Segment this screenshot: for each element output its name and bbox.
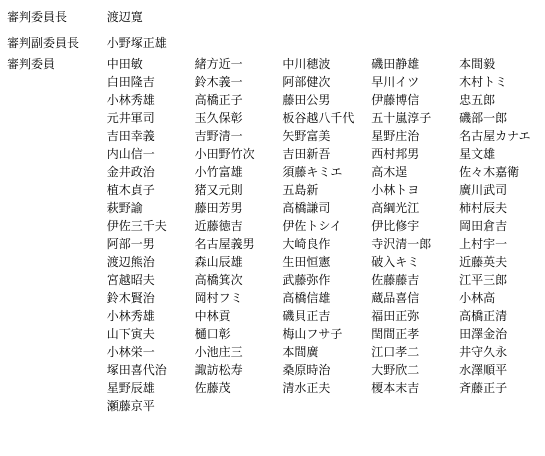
member-name: 塚田喜代治	[104, 361, 192, 379]
member-name: 山下寅夫	[104, 325, 192, 343]
member-name: 中川穂波	[279, 55, 368, 73]
member-name: 板谷越八千代	[279, 109, 368, 127]
member-name: 五島新	[279, 181, 368, 199]
member-name: 高橋謙司	[279, 199, 368, 217]
member-name: 阿部一男	[104, 235, 192, 253]
member-name: 小林高	[456, 289, 545, 307]
member-name: 玉久保彰	[192, 109, 280, 127]
member-name: 瀬藤京平	[104, 397, 192, 415]
vice-chair-label: 審判副委員長	[4, 30, 104, 55]
member-name: 磯貝正吉	[279, 307, 368, 325]
member-name: 小竹富雄	[192, 163, 280, 181]
member-name: 梅山フサ子	[279, 325, 368, 343]
member-name: 植木貞子	[104, 181, 192, 199]
member-name: 名古屋義男	[192, 235, 280, 253]
member-name: 高橋箕次	[192, 271, 280, 289]
member-name: 斉藤正子	[456, 379, 545, 397]
member-name: 早川イツ	[368, 73, 456, 91]
member-name: 清水正夫	[279, 379, 368, 397]
member-name: 元井軍司	[104, 109, 192, 127]
judges-roster-table: 審判委員長 渡辺寛 審判副委員長 小野塚正雄 審判委員中田敏緒方近一中川穂波磯田…	[4, 3, 545, 415]
member-name: 田澤金治	[456, 325, 545, 343]
member-name: 近藤徳吉	[192, 217, 280, 235]
member-row: 小林秀雄高橋正子藤田公男伊藤博信忠五郎	[4, 91, 545, 109]
member-name: 伊比修宇	[368, 217, 456, 235]
member-row: 星野辰雄佐藤茂清水正夫榎本末吉斉藤正子	[4, 379, 545, 397]
member-name: 大崎良作	[279, 235, 368, 253]
member-name: 上村宇一	[456, 235, 545, 253]
member-name: 高木逞	[368, 163, 456, 181]
member-name: 吉田幸義	[104, 127, 192, 145]
member-name: 木村トミ	[456, 73, 545, 91]
member-name: 佐藤茂	[192, 379, 280, 397]
member-name: 諏訪松寿	[192, 361, 280, 379]
member-name: 岡村フミ	[192, 289, 280, 307]
member-name: 星文雄	[456, 145, 545, 163]
member-row: 元井軍司玉久保彰板谷越八千代五十嵐淳子磯部一郎	[4, 109, 545, 127]
member-row: 伊佐三千夫近藤徳吉伊佐トシイ伊比修宇岡田倉吉	[4, 217, 545, 235]
member-name: 江平三郎	[456, 271, 545, 289]
member-name: 小林栄一	[104, 343, 192, 361]
member-name: 星野庄治	[368, 127, 456, 145]
member-name: 星野辰雄	[104, 379, 192, 397]
member-name: 中田敏	[104, 55, 192, 73]
vice-chair-name: 小野塚正雄	[104, 30, 192, 55]
member-name: 名古屋カナエ	[456, 127, 545, 145]
member-name: 桑原時治	[279, 361, 368, 379]
member-name: 伊佐トシイ	[279, 217, 368, 235]
member-name: 磯部一郎	[456, 109, 545, 127]
member-row: 吉田幸義吉野清一矢野富美星野庄治名古屋カナエ	[4, 127, 545, 145]
member-name: 須藤キミエ	[279, 163, 368, 181]
member-name: 西村邦男	[368, 145, 456, 163]
member-name: 猪又元則	[192, 181, 280, 199]
member-name: 五十嵐淳子	[368, 109, 456, 127]
member-name: 阿部健次	[279, 73, 368, 91]
member-name: 佐々木嘉衛	[456, 163, 545, 181]
member-name: 岡田倉吉	[456, 217, 545, 235]
member-name: 忠五郎	[456, 91, 545, 109]
member-name: 磯田静雄	[368, 55, 456, 73]
member-name: 渡辺熊治	[104, 253, 192, 271]
member-name: 樋口彰	[192, 325, 280, 343]
chair-label: 審判委員長	[4, 3, 104, 30]
member-name: 伊藤博信	[368, 91, 456, 109]
vice-chair-row: 審判副委員長 小野塚正雄	[4, 30, 545, 55]
member-name: 森山辰雄	[192, 253, 280, 271]
member-row: 金井政治小竹富雄須藤キミエ高木逞佐々木嘉衛	[4, 163, 545, 181]
member-name: 中林貢	[192, 307, 280, 325]
member-name: 小池庄三	[192, 343, 280, 361]
member-name: 小林秀雄	[104, 307, 192, 325]
member-name: 榎本末吉	[368, 379, 456, 397]
member-name: 水澤順平	[456, 361, 545, 379]
member-row: 萩野諭藤田芳男高橋謙司高綱光江柿村辰夫	[4, 199, 545, 217]
member-name: 近藤英夫	[456, 253, 545, 271]
member-row: 宮越昭夫高橋箕次武藤弥作佐藤藤吉江平三郎	[4, 271, 545, 289]
member-name: 大野欣二	[368, 361, 456, 379]
member-row: 阿部一男名古屋義男大崎良作寺沢清一郎上村宇一	[4, 235, 545, 253]
member-name: 鈴木賢治	[104, 289, 192, 307]
member-name: 藤田芳男	[192, 199, 280, 217]
members-label: 審判委員	[4, 55, 104, 73]
member-row: 内山信一小田野竹次吉田新吾西村邦男星文雄	[4, 145, 545, 163]
member-name: 佐藤藤吉	[368, 271, 456, 289]
member-name: 内山信一	[104, 145, 192, 163]
member-name: 高綱光江	[368, 199, 456, 217]
member-name: 生田恒憲	[279, 253, 368, 271]
member-name: 江口孝二	[368, 343, 456, 361]
member-name: 金井政治	[104, 163, 192, 181]
member-name: 小田野竹次	[192, 145, 280, 163]
member-name	[192, 397, 280, 415]
member-name: 緒方近一	[192, 55, 280, 73]
member-name: 吉野清一	[192, 127, 280, 145]
member-name	[456, 397, 545, 415]
member-name	[368, 397, 456, 415]
member-name: 本間毅	[456, 55, 545, 73]
member-name: 高橋正清	[456, 307, 545, 325]
member-row: 小林栄一小池庄三本間廣江口孝二井守久永	[4, 343, 545, 361]
member-row: 植木貞子猪又元則五島新小林トヨ廣川武司	[4, 181, 545, 199]
member-name	[279, 397, 368, 415]
member-row: 鈴木賢治岡村フミ高橋信雄蔵品喜信小林高	[4, 289, 545, 307]
member-name: 武藤弥作	[279, 271, 368, 289]
member-name: 藤田公男	[279, 91, 368, 109]
member-name: 白田隆吉	[104, 73, 192, 91]
member-name: 矢野富美	[279, 127, 368, 145]
member-row: 審判委員中田敏緒方近一中川穂波磯田静雄本間毅	[4, 55, 545, 73]
member-name: 蔵品喜信	[368, 289, 456, 307]
member-name: 寺沢清一郎	[368, 235, 456, 253]
member-name: 萩野諭	[104, 199, 192, 217]
member-row: 山下寅夫樋口彰梅山フサ子閏間正孝田澤金治	[4, 325, 545, 343]
member-name: 小林トヨ	[368, 181, 456, 199]
member-name: 本間廣	[279, 343, 368, 361]
member-row: 瀬藤京平	[4, 397, 545, 415]
member-name: 柿村辰夫	[456, 199, 545, 217]
member-name: 高橋信雄	[279, 289, 368, 307]
member-name: 高橋正子	[192, 91, 280, 109]
member-name: 伊佐三千夫	[104, 217, 192, 235]
member-name: 閏間正孝	[368, 325, 456, 343]
chair-name: 渡辺寛	[104, 3, 192, 30]
member-name: 破入キミ	[368, 253, 456, 271]
member-name: 鈴木義一	[192, 73, 280, 91]
member-row: 塚田喜代治諏訪松寿桑原時治大野欣二水澤順平	[4, 361, 545, 379]
chair-row: 審判委員長 渡辺寛	[4, 3, 545, 30]
member-name: 宮越昭夫	[104, 271, 192, 289]
member-name: 井守久永	[456, 343, 545, 361]
member-name: 福田正弥	[368, 307, 456, 325]
member-name: 吉田新吾	[279, 145, 368, 163]
member-name: 小林秀雄	[104, 91, 192, 109]
member-row: 小林秀雄中林貢磯貝正吉福田正弥高橋正清	[4, 307, 545, 325]
member-row: 白田隆吉鈴木義一阿部健次早川イツ木村トミ	[4, 73, 545, 91]
member-row: 渡辺熊治森山辰雄生田恒憲破入キミ近藤英夫	[4, 253, 545, 271]
member-name: 廣川武司	[456, 181, 545, 199]
